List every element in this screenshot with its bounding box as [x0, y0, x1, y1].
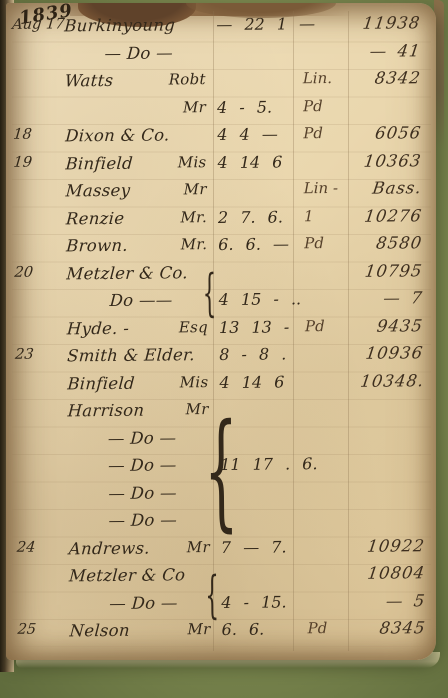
ref-cell: Bass. [358, 178, 437, 198]
title-text: Mr. [181, 235, 215, 254]
name-cell: NelsonMr [70, 620, 218, 640]
ledger-row: Aug 17 Burkinyoung — 22 1 — 11938 [3, 13, 433, 44]
ref-cell: 11938 [356, 13, 435, 33]
date-cell [4, 71, 65, 72]
title-text: Mr [185, 400, 215, 419]
ledger-row: Mr 4 - 5. Pd [4, 96, 434, 127]
name-cell: Metzler & Co. [66, 263, 214, 283]
date-cell [3, 44, 64, 45]
title-text [207, 263, 214, 282]
date-cell: 20 [5, 264, 68, 281]
amount-cell [214, 179, 304, 180]
ref-cell: 6056 [357, 123, 436, 143]
ref-cell: 10795 [358, 261, 437, 281]
name-text: — Do — [109, 593, 179, 613]
amount-cell: 2 7. 6. [214, 207, 304, 227]
ledger-row: WattsRobt Lin. 8342 [4, 68, 434, 99]
name-text: Dixon & Co. [65, 125, 171, 145]
date-cell [6, 291, 67, 292]
ledger-row: — Do — 11 17 . 6. [7, 453, 437, 484]
amount-cell: 4 15 - .. [215, 289, 305, 309]
amount-cell [212, 42, 302, 43]
date-cell [5, 181, 66, 182]
date-cell [8, 511, 69, 512]
date-cell: 24 [7, 539, 70, 556]
ref-cell: 10804 [361, 563, 440, 583]
ref-cell: 10936 [359, 343, 438, 363]
amount-cell [213, 69, 303, 70]
status-cell: Pd [305, 316, 360, 334]
ledger-row: BinfieldMis 4 14 6 10348. [6, 371, 436, 402]
name-cell: — Do — [69, 593, 217, 613]
status-cell: Lin. [303, 69, 358, 87]
name-cell: Brown.Mr. [66, 235, 214, 255]
date-cell [7, 429, 68, 430]
amount-cell: 13 13 - [215, 317, 305, 337]
name-cell: Do —— [67, 290, 215, 310]
name-text: — Do — [108, 510, 178, 530]
ledger-row: MasseyMr Lin - Bass. [5, 178, 435, 209]
name-cell: BinfieldMis [67, 373, 215, 393]
name-text: Do —— [109, 290, 173, 310]
name-text: Metzler & Co [69, 565, 186, 585]
title-text: Mr [187, 538, 217, 557]
title-text: Mr [183, 98, 213, 116]
date-cell [4, 99, 65, 100]
ledger-row: 25 NelsonMr 6. 6. Pd 8345 [9, 618, 439, 649]
name-text: Binfield [67, 373, 136, 393]
ref-cell [361, 426, 437, 427]
ledger-rows: Aug 17 Burkinyoung — 22 1 — 11938 — Do —… [3, 13, 439, 649]
ledger-row: 19 BinfieldMis 4 14 6 10363 [4, 151, 434, 182]
ledger-row: Metzler & Co 10804 { [8, 563, 438, 594]
name-text: — Do — [104, 43, 174, 63]
amount-cell: 6. 6. [218, 619, 308, 639]
title-text [210, 565, 217, 584]
title-text: Mr. [180, 208, 214, 227]
name-text: Metzler & Co. [66, 263, 189, 283]
date-cell [8, 566, 69, 567]
ledger-row: RenzieMr. 2 7. 6. 1 10276 [5, 206, 435, 237]
ref-cell: 10363 [357, 151, 436, 171]
date-cell [6, 374, 67, 375]
ledger-row: 24 Andrews.Mr 7 — 7. 10922 [8, 536, 438, 567]
status-cell: Pd [303, 96, 358, 114]
date-cell: 23 [5, 346, 68, 363]
amount-cell [214, 262, 304, 263]
ref-cell: — 5 [361, 591, 440, 611]
status-cell: Pd [304, 234, 359, 252]
date-cell [7, 484, 68, 485]
name-cell: — Do — [68, 428, 216, 448]
name-text: — Do — [108, 483, 178, 503]
ledger-row: — Do — [7, 426, 437, 457]
name-text: Hyde. - [66, 318, 129, 338]
ledger-row: Hyde. -Esq 13 13 - Pd 9435 [6, 316, 436, 347]
ref-cell [361, 453, 437, 454]
name-text: Nelson [69, 621, 130, 641]
name-cell: Burkinyoung [64, 15, 212, 35]
date-cell: 25 [8, 621, 71, 638]
name-cell: Metzler & Co [69, 565, 217, 585]
amount-cell: — 22 1 — [212, 14, 302, 34]
status-cell: Pd [303, 124, 358, 142]
name-cell: Andrews.Mr [69, 538, 217, 558]
ref-cell: 10276 [358, 206, 437, 226]
date-cell [5, 236, 66, 237]
ledger-row: Brown.Mr. 6. 6. — Pd 8580 [5, 233, 435, 264]
amount-cell: 7 — 7. [217, 537, 307, 557]
name-text: Massey [65, 181, 131, 201]
scanned-ledger-photo: 1839 Aug 17 Burkinyoung — 22 1 — 11938 —… [0, 0, 448, 698]
date-cell [7, 456, 68, 457]
amount-cell: 4 - 5. [213, 97, 303, 117]
ref-cell: 8345 [361, 618, 440, 638]
amount-cell: 11 17 . 6. [216, 454, 306, 474]
ref-cell: 9435 [359, 316, 438, 336]
amount-cell: 4 14 6 [215, 372, 305, 392]
amount-cell: 4 4 — [213, 124, 303, 144]
date-cell [7, 401, 68, 402]
amount-cell [217, 509, 307, 510]
ref-cell: — 41 [356, 41, 435, 61]
ref-cell: 10348. [359, 371, 438, 391]
name-text: Smith & Elder. [67, 345, 196, 365]
date-cell: Aug 17 [3, 16, 66, 33]
ref-cell: 8580 [358, 233, 437, 253]
ledger-row: 23 Smith & Elder. 8 - 8 . 10936 [6, 343, 436, 374]
date-cell [6, 319, 67, 320]
name-text: Binfield [65, 153, 134, 173]
name-cell: MasseyMr [66, 180, 214, 200]
title-text: Mr [187, 620, 217, 639]
date-cell [5, 209, 66, 210]
status-cell: Pd [308, 619, 363, 637]
name-text [64, 99, 65, 117]
name-cell: — Do — [69, 510, 217, 530]
ref-cell: 8342 [357, 68, 436, 88]
name-text: Harrison [67, 401, 145, 421]
ledger-row: HarrisonMr { [7, 398, 437, 429]
amount-cell: 4 - 15. [217, 592, 307, 612]
ref-cell: 10922 [361, 536, 440, 556]
name-cell: RenzieMr. [66, 208, 214, 228]
ledger-row: Do —— 4 15 - .. — 7 [6, 288, 436, 319]
status-cell: Lin - [304, 179, 359, 197]
amount-cell: 4 14 6 [213, 152, 303, 172]
ref-cell: — 7 [358, 288, 437, 308]
name-text: — Do — [107, 455, 177, 475]
name-cell: WattsRobt [65, 70, 213, 90]
name-cell: Smith & Elder. [67, 345, 215, 365]
name-cell: BinfieldMis [65, 153, 213, 173]
date-cell: 18 [4, 126, 67, 143]
amount-cell: 6. 6. — [214, 234, 304, 254]
name-cell: Hyde. -Esq [67, 318, 215, 338]
title-text: Mis [180, 373, 216, 392]
ledger-row: — Do — [8, 508, 438, 539]
name-text: — Do — [107, 428, 177, 448]
name-text: Watts [64, 71, 114, 90]
status-cell: 1 [304, 206, 359, 224]
title-text: Robt [169, 70, 213, 89]
name-cell: Dixon & Co. [65, 125, 213, 145]
ledger-row: 20 Metzler & Co. 10795 { [5, 261, 435, 292]
amount-cell [216, 399, 306, 400]
ref-cell [361, 398, 437, 399]
amount-cell [217, 564, 307, 565]
date-cell: 19 [4, 154, 67, 171]
name-text: Renzie [65, 208, 125, 228]
ledger-row: 18 Dixon & Co. 4 4 — Pd 6056 [4, 123, 434, 154]
date-cell [8, 594, 69, 595]
ref-cell [362, 508, 438, 509]
amount-cell [216, 427, 306, 428]
title-text: Mr [184, 180, 214, 199]
ledger-page: 1839 Aug 17 Burkinyoung — 22 1 — 11938 —… [6, 3, 436, 660]
title-text: Mis [178, 153, 214, 172]
amount-cell: 8 - 8 . [215, 344, 305, 364]
name-text: Burkinyoung [64, 15, 176, 35]
name-text: Andrews. [68, 538, 150, 558]
ledger-row: — Do — 4 - 15. — 5 [8, 591, 438, 622]
name-text: Brown. [66, 236, 129, 256]
ledger-row: — Do — — 41 [3, 41, 433, 72]
name-cell: — Do — [68, 483, 216, 503]
name-cell: HarrisonMr [68, 400, 216, 420]
ref-cell [361, 481, 437, 482]
amount-cell [216, 482, 306, 483]
name-cell: Mr [65, 98, 213, 117]
ref-cell [358, 96, 434, 97]
name-cell: — Do — [64, 43, 212, 63]
ledger-row: — Do — [7, 481, 437, 512]
title-text: Esq [179, 318, 215, 337]
name-cell: — Do — [68, 455, 216, 475]
